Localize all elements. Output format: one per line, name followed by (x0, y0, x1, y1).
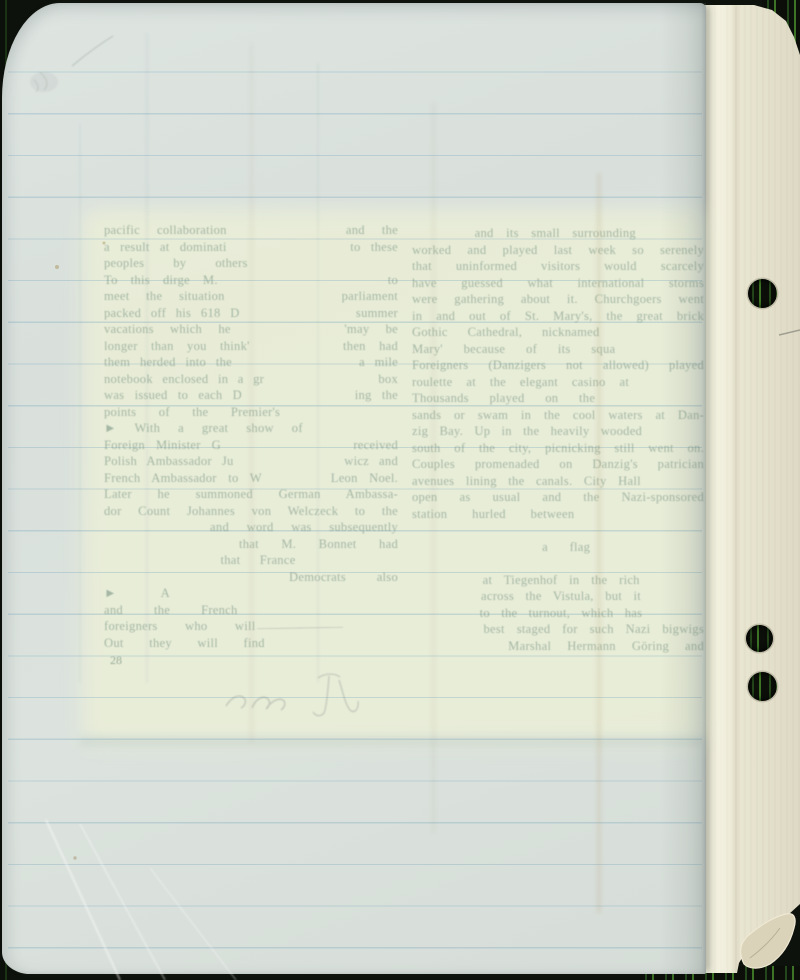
crease-mark (79, 123, 81, 683)
crease-mark (146, 33, 148, 683)
clipping-bottom-edge-shadow (80, 737, 704, 746)
torn-corner-flap (736, 900, 800, 978)
punch-hole (748, 672, 777, 701)
archival-photo: pacific collaboration and thea result at… (0, 0, 800, 980)
page-curl-highlight (702, 5, 736, 973)
album-page: pacific collaboration and thea result at… (2, 3, 706, 974)
page-curl-shadow (660, 3, 706, 974)
crease-mark (597, 173, 601, 913)
crease-mark (432, 103, 435, 833)
crease-mark (250, 43, 253, 743)
vertical-crease (735, 5, 737, 973)
crease-mark (317, 63, 319, 683)
punch-hole (748, 279, 777, 308)
punch-hole (746, 625, 773, 652)
clipping-page-number: 28 (110, 653, 122, 668)
